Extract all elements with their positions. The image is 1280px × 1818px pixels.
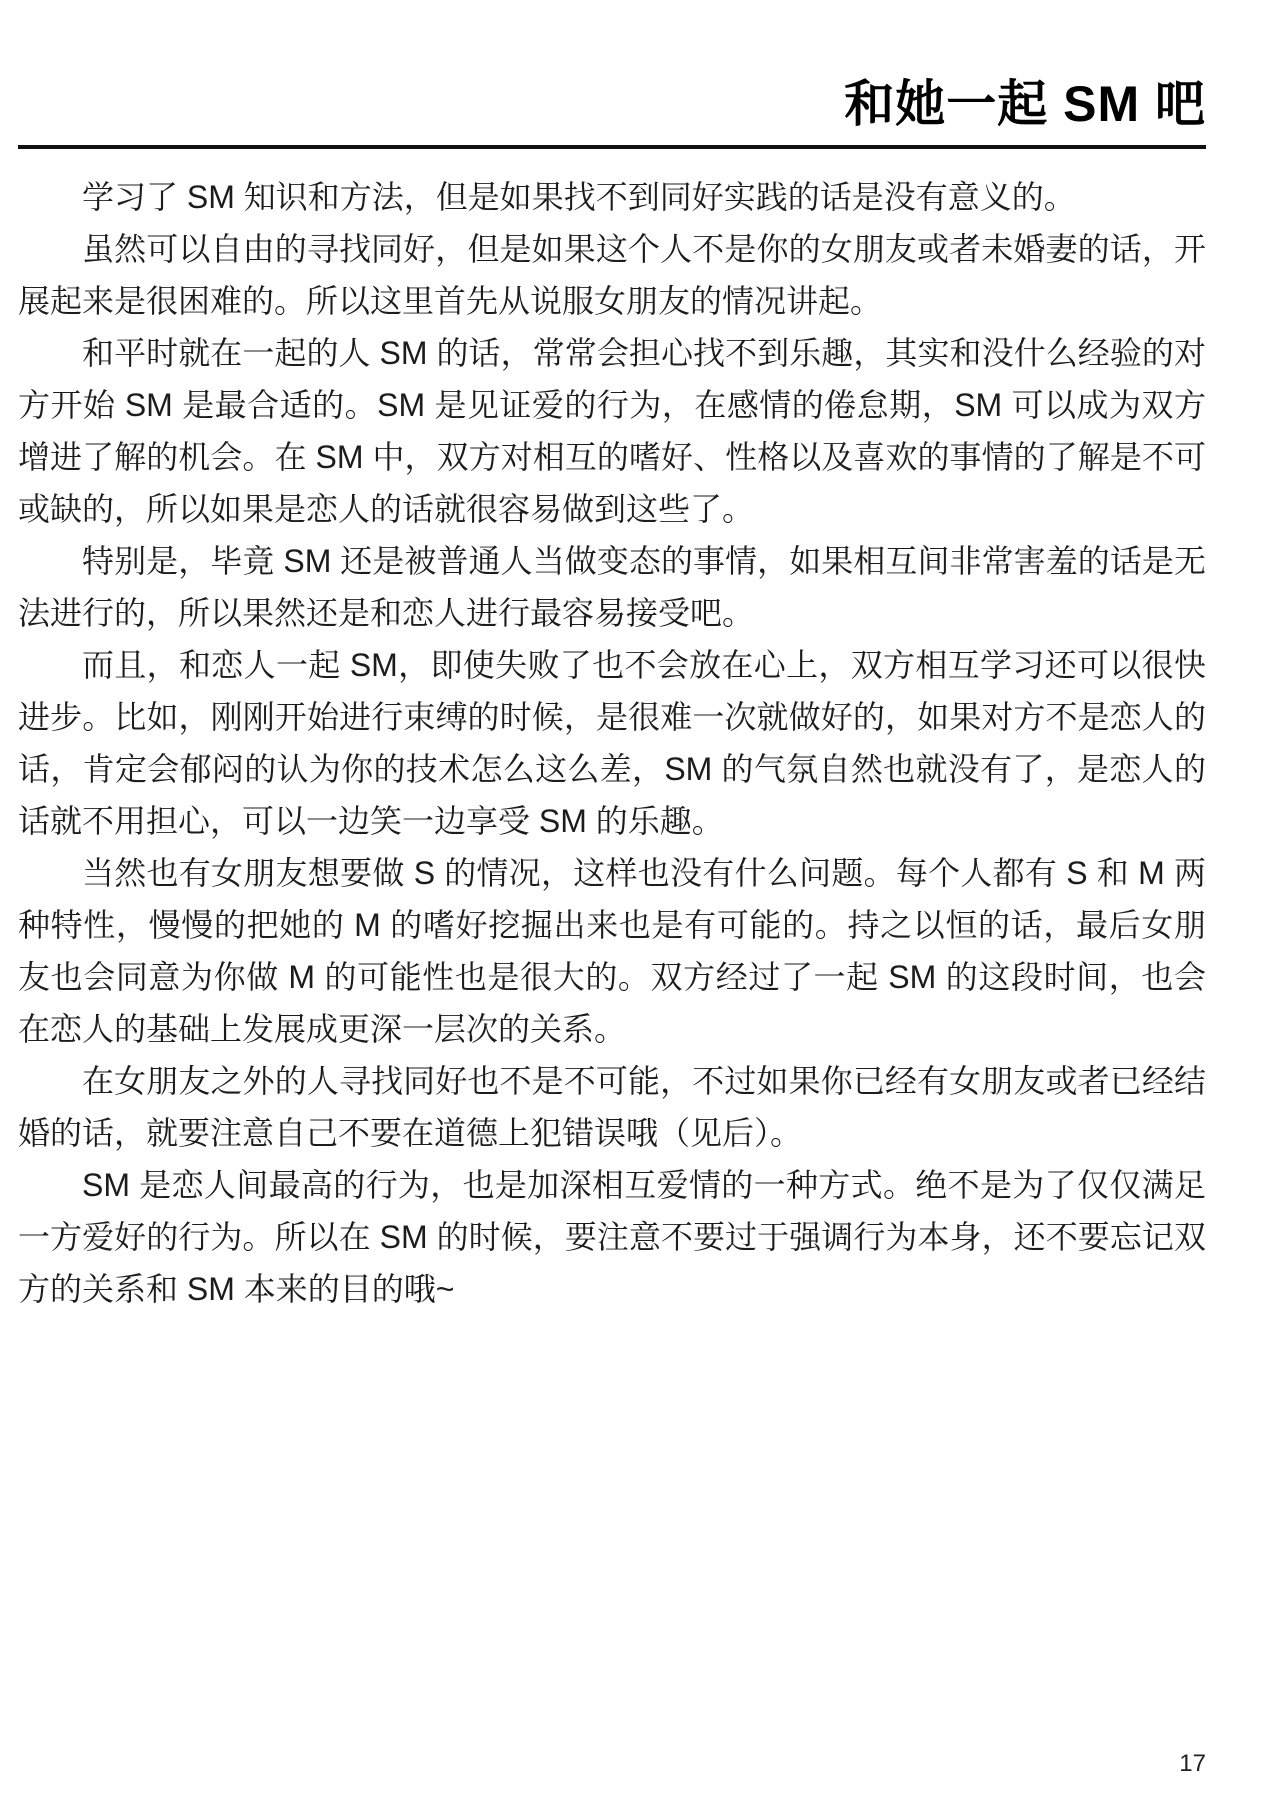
document-body: 学习了 SM 知识和方法，但是如果找不到同好实践的话是没有意义的。虽然可以自由的… [18,171,1206,1315]
document-page: 和她一起 SM 吧 学习了 SM 知识和方法，但是如果找不到同好实践的话是没有意… [0,0,1280,1818]
paragraph: 特别是，毕竟 SM 还是被普通人当做变态的事情，如果相互间非常害羞的话是无法进行… [18,535,1206,639]
header-divider [18,145,1206,149]
paragraph: SM 是恋人间最高的行为，也是加深相互爱情的一种方式。绝不是为了仅仅满足一方爱好… [18,1159,1206,1315]
paragraph: 当然也有女朋友想要做 S 的情况，这样也没有什么问题。每个人都有 S 和 M 两… [18,847,1206,1055]
paragraph: 学习了 SM 知识和方法，但是如果找不到同好实践的话是没有意义的。 [18,171,1206,223]
paragraph: 虽然可以自由的寻找同好，但是如果这个人不是你的女朋友或者未婚妻的话，开展起来是很… [18,223,1206,327]
page-header: 和她一起 SM 吧 [18,0,1206,149]
page-content: 和她一起 SM 吧 学习了 SM 知识和方法，但是如果找不到同好实践的话是没有意… [18,0,1206,1315]
paragraph: 和平时就在一起的人 SM 的话，常常会担心找不到乐趣，其实和没什么经验的对方开始… [18,327,1206,535]
paragraph: 在女朋友之外的人寻找同好也不是不可能，不过如果你已经有女朋友或者已经结婚的话，就… [18,1055,1206,1159]
page-title: 和她一起 SM 吧 [18,72,1206,137]
paragraph: 而且，和恋人一起 SM，即使失败了也不会放在心上，双方相互学习还可以很快进步。比… [18,639,1206,847]
page-number: 17 [1179,1750,1206,1777]
page-footer: 17 [1179,1750,1206,1778]
